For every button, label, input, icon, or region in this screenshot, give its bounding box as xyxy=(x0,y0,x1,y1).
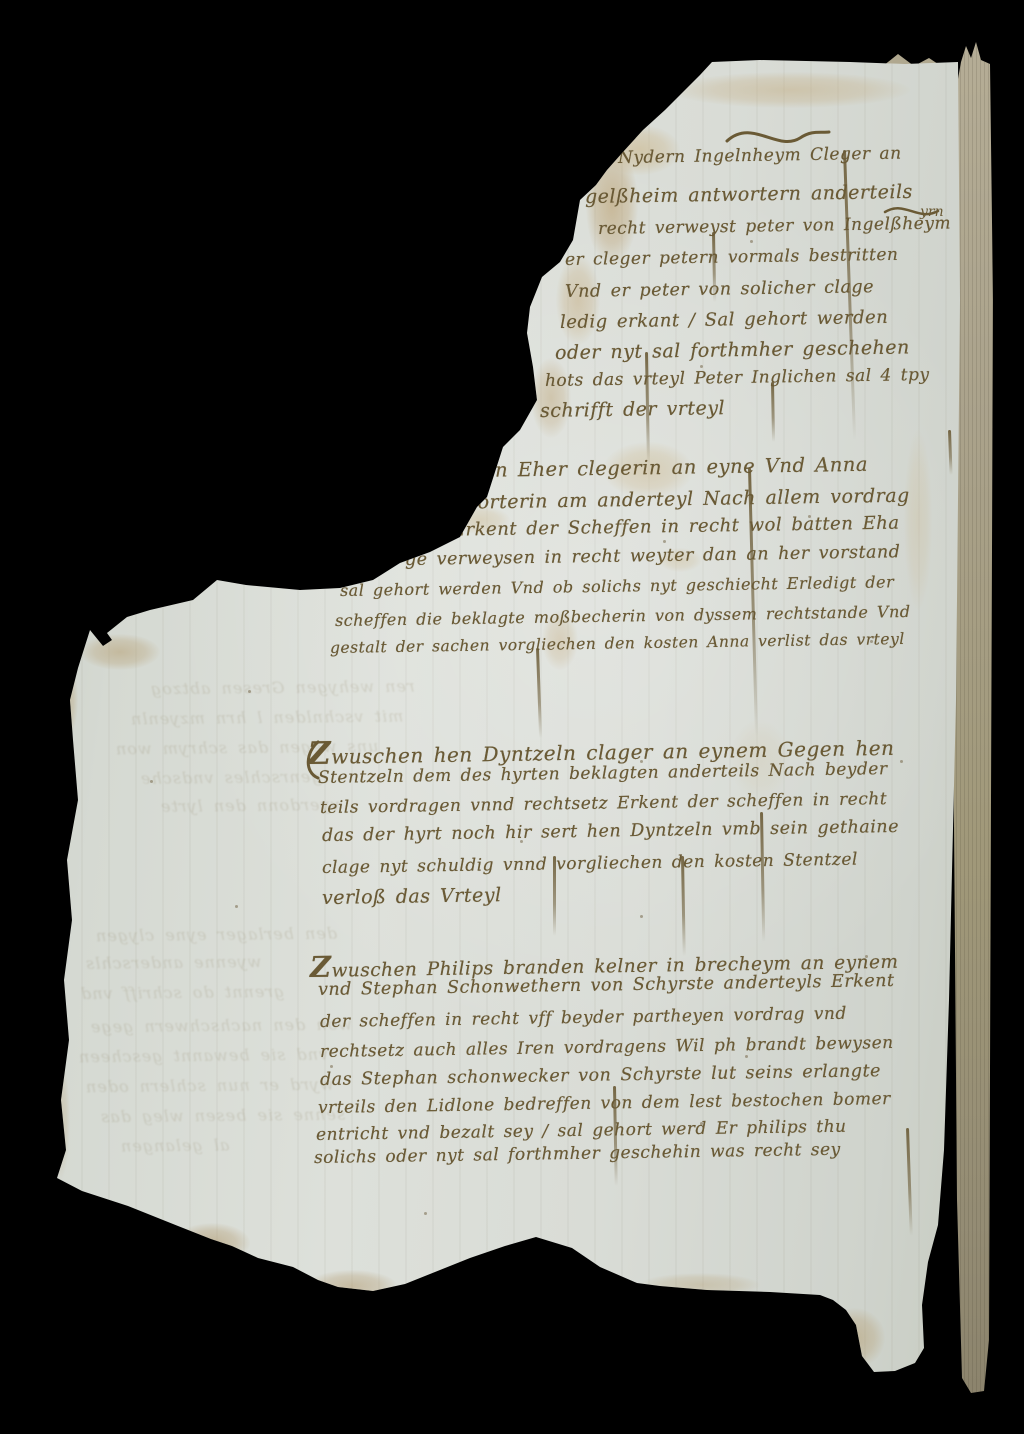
stain xyxy=(904,430,932,610)
bleedthrough-line: genrschles vndsche xyxy=(140,767,322,788)
speck xyxy=(750,240,753,243)
manuscript-photo: ren wehygen Gresen abtzogmit vschnlden l… xyxy=(0,0,1024,1434)
bleedthrough-line: al gelangen xyxy=(120,1135,230,1155)
bleedthrough-line: vyerdonn den lyrte xyxy=(160,795,340,816)
stain xyxy=(50,1060,70,1180)
speck xyxy=(424,1212,427,1215)
bleedthrough-line: won den nachschwern gege xyxy=(90,1015,352,1037)
bleedthrough-line: wyrd er nun schlern oden xyxy=(85,1075,334,1097)
stain xyxy=(174,1223,250,1263)
speck xyxy=(608,1292,611,1295)
speck xyxy=(663,540,666,543)
stain xyxy=(80,634,160,670)
bleedthrough-line: ren wehygen Gresen abtzog xyxy=(150,677,415,699)
stain xyxy=(307,1270,397,1302)
stain xyxy=(670,72,910,108)
speck xyxy=(745,1055,748,1058)
margin-fragment: yrn xyxy=(920,204,944,220)
manuscript-line: schrifft der vrteyl xyxy=(540,397,725,422)
bleedthrough-line: grennt do schriff vnd xyxy=(80,982,284,1003)
page-paper: ren wehygen Gresen abtzogmit vschnlden l… xyxy=(0,0,1024,1434)
manuscript-line: verloß das Vrteyl xyxy=(322,884,502,909)
stain xyxy=(825,1308,885,1368)
bleedthrough-line: vnd sie bewannt gescheen xyxy=(78,1045,328,1067)
speck xyxy=(235,905,238,908)
bleedthrough-line: senne sie besen wleg das xyxy=(100,1105,345,1127)
speck xyxy=(330,1065,333,1068)
bleedthrough-line: den berlager eyne clygen xyxy=(95,924,337,946)
speck xyxy=(640,915,643,918)
speck xyxy=(900,760,903,763)
stain xyxy=(640,1273,760,1297)
stain xyxy=(54,660,78,740)
bleedthrough-line: mit vschnlden l hrn mzyenln xyxy=(130,707,403,729)
bleedthrough-line: wyenne anderschls xyxy=(85,952,262,973)
